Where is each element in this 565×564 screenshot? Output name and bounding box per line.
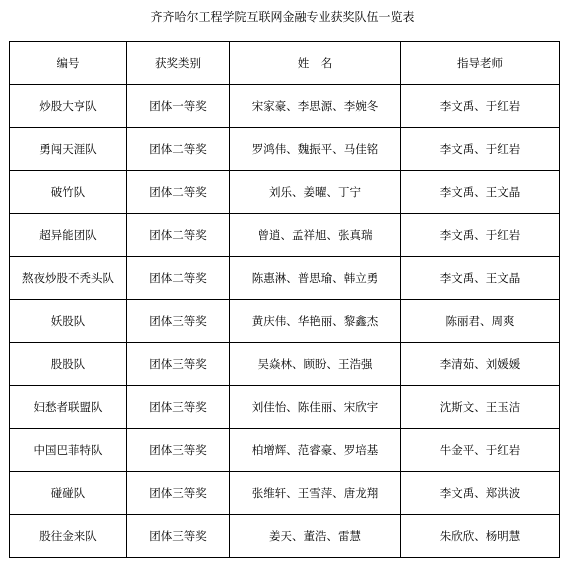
advisors-cell: 牛金平、于红岩 xyxy=(401,429,560,472)
award-teams-table: 编号 获奖类别 姓 名 指导老师 炒股大亨队团体一等奖宋家豪、李思源、李婉冬李文… xyxy=(9,41,560,558)
award-category-cell: 团体二等奖 xyxy=(127,171,230,214)
member-names-cell: 黄庆伟、华艳丽、黎鑫杰 xyxy=(230,300,401,343)
award-category-cell: 团体二等奖 xyxy=(127,214,230,257)
award-category-cell: 团体三等奖 xyxy=(127,429,230,472)
advisors-cell: 李清茹、刘媛媛 xyxy=(401,343,560,386)
award-category-cell: 团体三等奖 xyxy=(127,343,230,386)
award-category-cell: 团体三等奖 xyxy=(127,472,230,515)
advisors-cell: 李文禹、王文晶 xyxy=(401,171,560,214)
team-name-cell: 超异能团队 xyxy=(10,214,127,257)
team-name-cell: 碰碰队 xyxy=(10,472,127,515)
award-category-cell: 团体三等奖 xyxy=(127,300,230,343)
table-header-row: 编号 获奖类别 姓 名 指导老师 xyxy=(10,42,560,85)
table-row: 股股队团体三等奖吴焱林、顾盼、王浩强李清茹、刘媛媛 xyxy=(10,343,560,386)
award-category-cell: 团体三等奖 xyxy=(127,515,230,558)
table-row: 勇闯天涯队团体二等奖罗鸿伟、魏振平、马佳铭李文禹、于红岩 xyxy=(10,128,560,171)
team-name-cell: 炒股大亨队 xyxy=(10,85,127,128)
table-row: 破竹队团体二等奖刘乐、姜曜、丁宁李文禹、王文晶 xyxy=(10,171,560,214)
advisors-cell: 李文禹、于红岩 xyxy=(401,85,560,128)
header-team-id: 编号 xyxy=(10,42,127,85)
document-title: 齐齐哈尔工程学院互联网金融专业获奖队伍一览表 xyxy=(0,9,565,25)
table-row: 妇愁者联盟队团体三等奖刘佳怡、陈佳丽、宋欣宇沈斯文、王玉洁 xyxy=(10,386,560,429)
table-row: 妖股队团体三等奖黄庆伟、华艳丽、黎鑫杰陈丽君、周爽 xyxy=(10,300,560,343)
team-name-cell: 妖股队 xyxy=(10,300,127,343)
team-name-cell: 股股队 xyxy=(10,343,127,386)
advisors-cell: 李文禹、王文晶 xyxy=(401,257,560,300)
member-names-cell: 姜天、董浩、雷慧 xyxy=(230,515,401,558)
member-names-cell: 曾逍、孟祥旭、张真瑞 xyxy=(230,214,401,257)
advisors-cell: 沈斯文、王玉洁 xyxy=(401,386,560,429)
table-row: 超异能团队团体二等奖曾逍、孟祥旭、张真瑞李文禹、于红岩 xyxy=(10,214,560,257)
team-name-cell: 妇愁者联盟队 xyxy=(10,386,127,429)
advisors-cell: 李文禹、于红岩 xyxy=(401,128,560,171)
award-category-cell: 团体二等奖 xyxy=(127,257,230,300)
table-row: 熬夜炒股不秃头队团体二等奖陈惠淋、普思瑜、韩立勇李文禹、王文晶 xyxy=(10,257,560,300)
header-member-names: 姓 名 xyxy=(230,42,401,85)
team-name-cell: 股往金来队 xyxy=(10,515,127,558)
table-row: 中国巴菲特队团体三等奖柏增辉、范睿豪、罗培基牛金平、于红岩 xyxy=(10,429,560,472)
member-names-cell: 刘佳怡、陈佳丽、宋欣宇 xyxy=(230,386,401,429)
member-names-cell: 柏增辉、范睿豪、罗培基 xyxy=(230,429,401,472)
table-row: 碰碰队团体三等奖张维轩、王雪萍、唐龙翔李文禹、郑洪波 xyxy=(10,472,560,515)
award-category-cell: 团体三等奖 xyxy=(127,386,230,429)
member-names-cell: 陈惠淋、普思瑜、韩立勇 xyxy=(230,257,401,300)
member-names-cell: 张维轩、王雪萍、唐龙翔 xyxy=(230,472,401,515)
advisors-cell: 李文禹、于红岩 xyxy=(401,214,560,257)
member-names-cell: 宋家豪、李思源、李婉冬 xyxy=(230,85,401,128)
team-name-cell: 破竹队 xyxy=(10,171,127,214)
team-name-cell: 熬夜炒股不秃头队 xyxy=(10,257,127,300)
table-row: 股往金来队团体三等奖姜天、董浩、雷慧朱欣欣、杨明慧 xyxy=(10,515,560,558)
header-award-category: 获奖类别 xyxy=(127,42,230,85)
award-category-cell: 团体一等奖 xyxy=(127,85,230,128)
advisors-cell: 李文禹、郑洪波 xyxy=(401,472,560,515)
advisors-cell: 朱欣欣、杨明慧 xyxy=(401,515,560,558)
team-name-cell: 中国巴菲特队 xyxy=(10,429,127,472)
advisors-cell: 陈丽君、周爽 xyxy=(401,300,560,343)
header-advisors: 指导老师 xyxy=(401,42,560,85)
member-names-cell: 吴焱林、顾盼、王浩强 xyxy=(230,343,401,386)
member-names-cell: 刘乐、姜曜、丁宁 xyxy=(230,171,401,214)
award-category-cell: 团体二等奖 xyxy=(127,128,230,171)
member-names-cell: 罗鸿伟、魏振平、马佳铭 xyxy=(230,128,401,171)
team-name-cell: 勇闯天涯队 xyxy=(10,128,127,171)
table-row: 炒股大亨队团体一等奖宋家豪、李思源、李婉冬李文禹、于红岩 xyxy=(10,85,560,128)
